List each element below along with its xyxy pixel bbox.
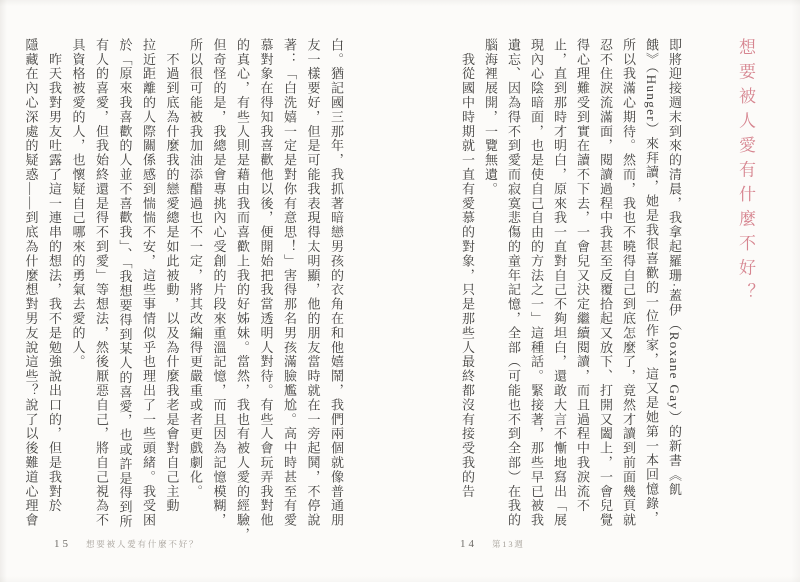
text-column: 有人的喜愛，但我始終還是得不到愛」等想法，然後厭惡自己，將自己視為不 [90, 38, 114, 544]
text-column: 所以很可能被我加油添醋過也不一定，將其改編得更嚴重或者更戲劇化。 [184, 38, 208, 544]
text-column: 現內心陰暗面，也是使自己自由的方法之一」這種話。緊接著，那些早已被我 [525, 38, 548, 544]
text-column: 隱藏在內心深處的疑惑——到底為什麼想對男友說這些？說了以後難道心理會 [19, 38, 43, 544]
text-column: 的真心，有些人則是藉由我而喜歡上我的好姊妹。當然，我也有被人愛的經驗， [231, 38, 255, 544]
right-page-body: 即將迎接週末到來的清晨，我拿起羅珊·蓋伊（Roxane Gay）的新書《飢 餓》… [456, 38, 686, 544]
text-column: 具資格被愛的人，也懷疑自己哪來的勇氣去愛的人。 [66, 38, 90, 544]
text-column: 止，直到那時才明白，原來我一直對自己不夠坦白，還敢大言不慚地寫出「展 [548, 38, 571, 544]
text-column: 白。猶記國三那年，我抓著暗戀男孩的衣角在和他嬉鬧，我們兩個就像普通朋 [325, 38, 349, 544]
right-page-footer: 14 第13週 [460, 538, 525, 550]
text-column: 所以我滿心期待。然而，我也不曉得自己到底怎麼了，竟然才讀到前面幾頁就 [617, 38, 640, 544]
text-column: 我從國中時期就一直有愛慕的對象，只是那些人最終都沒有接受我的告 [456, 38, 479, 544]
left-page-footer: 15 想要被人愛有什麼不好？ [54, 538, 199, 550]
page-number: 15 [54, 538, 71, 550]
text-column: 昨天我對男友吐露了這一連串的想法，我不是勉強說出口的，但是我對於 [43, 38, 67, 544]
footer-chapter-label: 想要被人愛有什麼不好？ [86, 538, 199, 550]
text-column: 但奇怪的是，我總是會專挑內心受創的片段來重溫記憶，而且因為記憶模糊， [207, 38, 231, 544]
left-page-body: 白。猶記國三那年，我抓著暗戀男孩的衣角在和他嬉鬧，我們兩個就像普通朋 友一樣要好… [19, 38, 348, 544]
text-column: 即將迎接週末到來的清晨，我拿起羅珊·蓋伊（Roxane Gay）的新書《飢 [663, 38, 686, 544]
page-number: 14 [460, 538, 477, 550]
text-column: 忍不住淚流滿面，閱讀過程中我甚至反覆拾起又放下、打開又闔上，一會兒覺 [594, 38, 617, 544]
text-column: 著：「白洗嬉一定是對你有意思！」害得那名男孩滿臉尷尬。高中時甚至有愛 [278, 38, 302, 544]
text-column: 友一樣要好，但是可能我表現得太明顯，他的朋友當時就在一旁起鬨，不停說 [301, 38, 325, 544]
footer-week-label: 第13週 [492, 538, 525, 550]
text-column: 不過到底為什麼我的戀愛總是如此被動，以及為什麼我老是會對自己主動 [160, 38, 184, 544]
text-column: 腦海裡展開，一覽無遺。 [479, 38, 502, 544]
text-column: 於「原來我喜歡的人並不喜歡我」、「我想要得到某人的喜愛，也或許是得到所 [113, 38, 137, 544]
text-column: 慕對象在得知我喜歡他以後，便開始把我當透明人對待。有些人會玩弄我對他 [254, 38, 278, 544]
text-column: 拉近距離的人際關係感到惴惴不安，這些事情似乎也理出了一些頭緒。我受困 [137, 38, 161, 544]
text-column: 遺忘、因為得不到愛而寂寞悲傷的童年記憶，全部（可能也不到全部）在我的 [502, 38, 525, 544]
text-column: 得心理難受到實在讀不下去，一會兒又決定繼續閱讀，而且過程中我淚流不 [571, 38, 594, 544]
chapter-title: 想要被人愛有什麼不好？ [733, 38, 758, 338]
book-spread: 想要被人愛有什麼不好？ 即將迎接週末到來的清晨，我拿起羅珊·蓋伊（Roxane … [0, 0, 800, 582]
text-column: 餓》（Hunger）來拜讀，她是我很喜歡的一位作家，這又是她第一本回憶錄， [640, 38, 663, 544]
